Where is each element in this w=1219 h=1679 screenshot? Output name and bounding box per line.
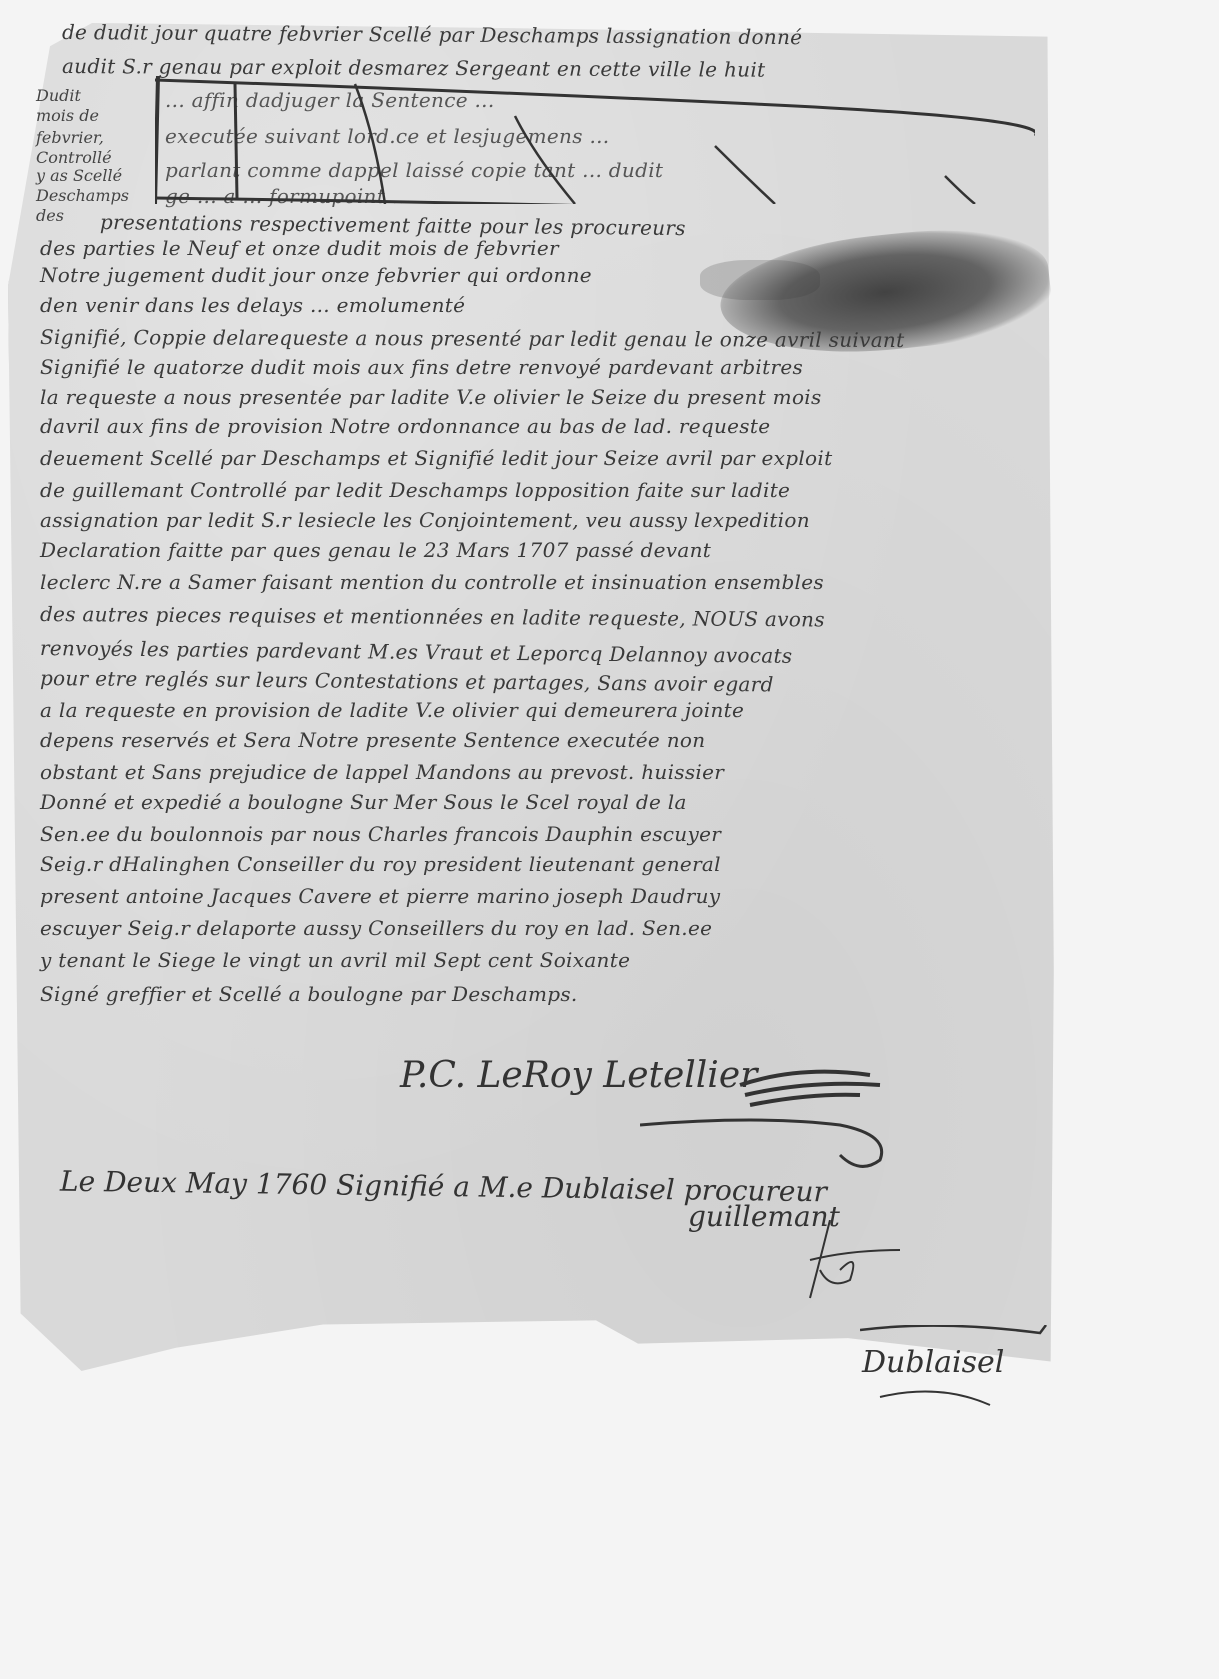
text-line: Signifié, Coppie delarequeste a nous pre… [40,325,905,352]
struck-text: executée suivant lord.ce et lesjugemens … [165,124,609,148]
text-line: des parties le Neuf et onze dudit mois d… [40,236,559,260]
margin-note: des [36,206,64,225]
margin-note: febvrier, [36,128,104,147]
margin-note: mois de [36,106,99,125]
text-line: leclerc N.re a Samer faisant mention du … [40,570,824,594]
text-line: de dudit jour quatre febvrier Scellé par… [62,20,803,49]
text-line: den venir dans les delays ... emolumenté [40,293,465,317]
text-line: de guillemant Controllé par ledit Descha… [40,478,790,502]
text-line: escuyer Seig.r delaporte aussy Conseille… [40,916,712,940]
text-line: assignation par ledit S.r lesiecle les C… [40,508,810,532]
text-line: Signé greffier et Scellé a boulogne par … [40,982,578,1006]
text-line: deuement Scellé par Deschamps et Signifi… [40,446,832,470]
struck-text: ge ... a ... formupoint ... [165,184,412,208]
struck-text: parlant comme dappel laissé copie tant .… [165,158,663,182]
text-line: depens reservés et Sera Notre presente S… [40,728,705,752]
margin-note: Dudit [36,86,81,105]
text-line: Declaration faitte par ques genau le 23 … [40,538,711,562]
signature-bottom: Dublaisel [862,1345,1004,1380]
text-line: Notre jugement dudit jour onze febvrier … [40,263,592,287]
margin-note: Controllé [36,148,112,167]
margin-note: y as Scellé [36,166,122,185]
struck-text: ... affin dadjuger la Sentence ... [165,88,494,112]
bailiff-signature: guillemant [688,1200,840,1233]
text-line: Signifié le quatorze dudit mois aux fins… [40,355,803,379]
signature-main: P.C. LeRoy Letellier [400,1055,757,1096]
text-line: obstant et Sans prejudice de lappel Mand… [40,760,724,784]
text-line: davril aux fins de provision Notre ordon… [40,414,770,438]
text-line: present antoine Jacques Cavere et pierre… [40,884,720,908]
text-line: audit S.r genau par exploit desmarez Ser… [62,54,766,82]
text-line: y tenant le Siege le vingt un avril mil … [40,948,630,972]
text-line: Sen.ee du boulonnois par nous Charles fr… [40,822,721,846]
margin-note: Deschamps [36,186,129,205]
text-line: Seig.r dHalinghen Conseiller du roy pres… [40,852,721,876]
text-line: a la requeste en provision de ladite V.e… [40,698,744,722]
text-line: la requeste a nous presentée par ladite … [40,385,822,409]
text-line: Donné et expedié a boulogne Sur Mer Sous… [40,790,687,814]
